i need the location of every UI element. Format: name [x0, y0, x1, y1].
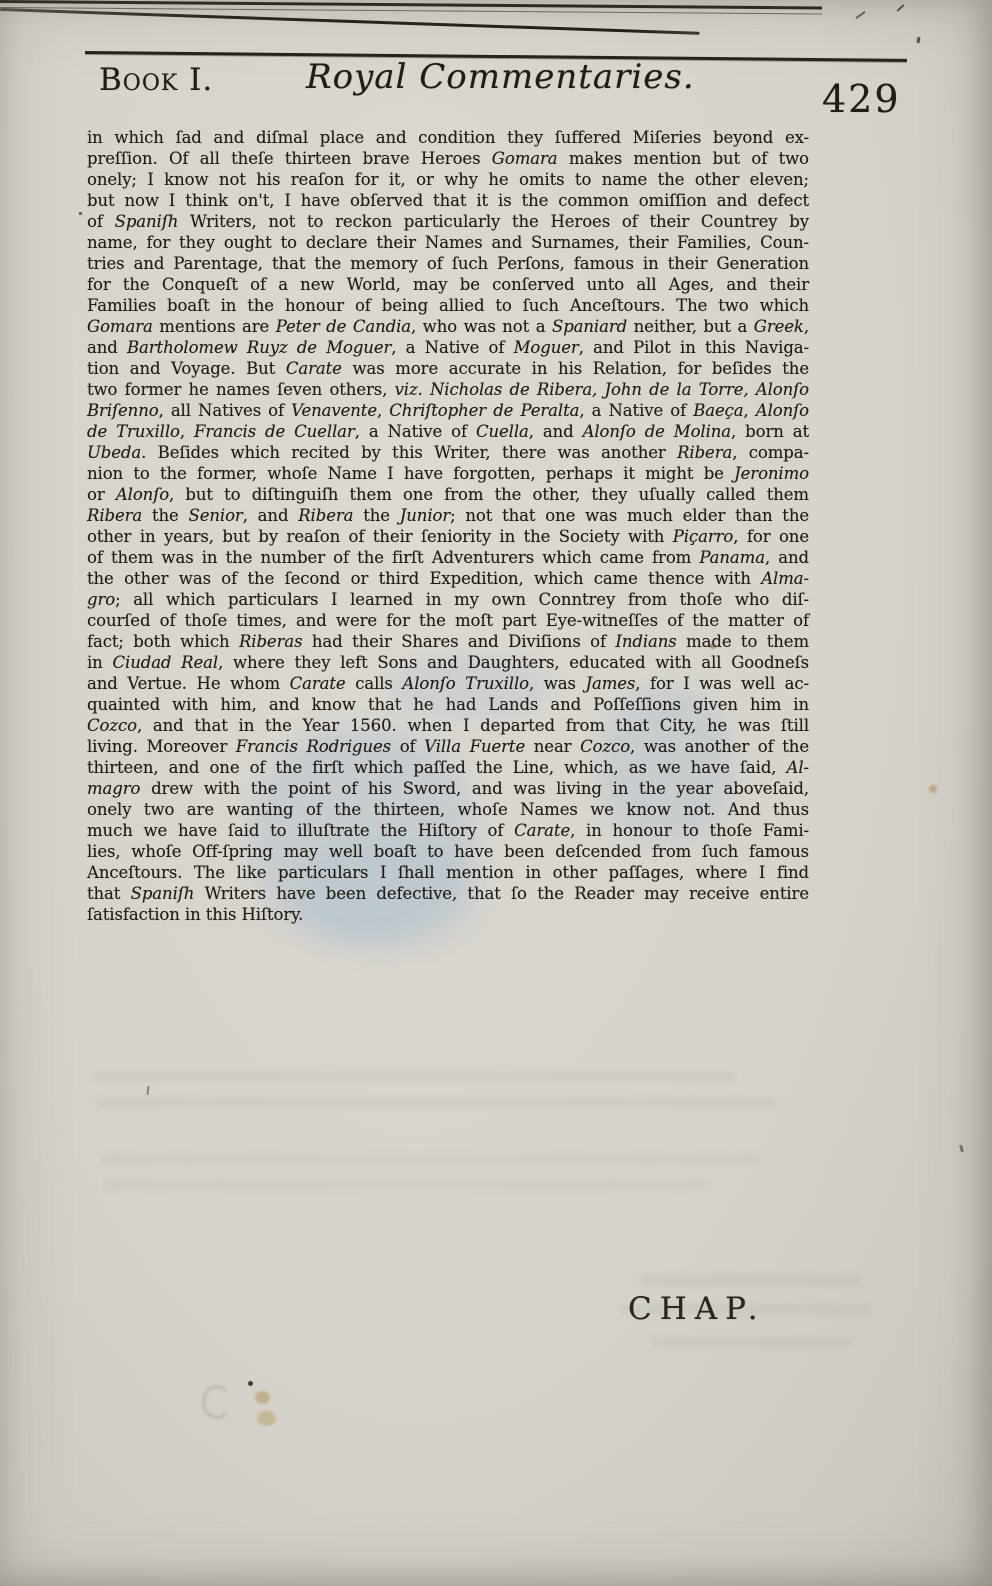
text-line: onely; I know not his reaſon for it, or …: [87, 169, 809, 190]
text-line: but now I think on't, I have obſerved th…: [87, 190, 809, 211]
book-label: Book I.: [99, 62, 213, 98]
ink-speck: [855, 11, 865, 19]
text-line: that Spaniſh Writers have been defective…: [87, 883, 809, 904]
text-line: Families boaſt in the honour of being al…: [87, 295, 809, 316]
text-line: or Alonſo, but to diſtinguiſh them one f…: [87, 484, 809, 505]
text-line: thirteen, and one of the firſt which paſ…: [87, 757, 809, 778]
text-bleedthrough: [640, 1276, 860, 1285]
ink-speck: [959, 1145, 964, 1153]
ghost-letter-bleedthrough: [202, 1385, 232, 1419]
text-line: Gomara mentions are Peter de Candia, who…: [87, 316, 809, 337]
ink-speck: [79, 212, 82, 215]
text-line: the other was of the ſecond or third Exp…: [87, 568, 809, 589]
text-line: ſatisfaction in this Hiſtory.: [87, 904, 809, 925]
text-line: in which ſad and diſmal place and condit…: [87, 127, 809, 148]
scanned-book-page: Book I. Royal Commentaries. 429 in which…: [0, 0, 992, 1586]
foxing-stain: [255, 1391, 270, 1404]
text-line: in Ciudad Real, where they left Sons and…: [87, 652, 809, 673]
text-line: Ubeda. Beſides which recited by this Wri…: [87, 442, 809, 463]
text-line: living. Moreover Francis Rodrigues of Vi…: [87, 736, 809, 757]
foxing-stain: [257, 1411, 276, 1426]
text-line: fact; both which Riberas had their Share…: [87, 631, 809, 652]
text-line: Briſenno, all Natives of Venavente, Chri…: [87, 400, 809, 421]
text-line: and Vertue. He whom Carate calls Alonſo …: [87, 673, 809, 694]
text-line: lies, whoſe Off-ſpring may well boaſt to…: [87, 841, 809, 862]
text-line: Anceſtours. The like particulars I ſhall…: [87, 862, 809, 883]
text-bleedthrough: [95, 1098, 775, 1107]
ink-speck: [146, 1086, 149, 1095]
text-line: other in years, but by reaſon of their ſ…: [87, 526, 809, 547]
text-bleedthrough: [95, 1072, 735, 1081]
catchword: CHAP.: [628, 1291, 766, 1327]
text-line: Cozco, and that in the Year 1560. when I…: [87, 715, 809, 736]
text-line: of them was in the number of the firſt A…: [87, 547, 809, 568]
text-line: tion and Voyage. But Carate was more acc…: [87, 358, 809, 379]
text-bleedthrough: [105, 1180, 705, 1189]
text-bleedthrough: [650, 1338, 850, 1347]
text-line: preſſion. Of all theſe thirteen brave He…: [87, 148, 809, 169]
text-line: name, for they ought to declare their Na…: [87, 232, 809, 253]
text-line: gro; all which particulars I learned in …: [87, 589, 809, 610]
text-line: Ribera the Senior, and Ribera the Junior…: [87, 505, 809, 526]
text-line: courſed of thoſe times, and were for the…: [87, 610, 809, 631]
text-line: for the Conqueſt of a new World, may be …: [87, 274, 809, 295]
text-bleedthrough: [100, 1155, 760, 1164]
running-title: Royal Commentaries.: [306, 57, 695, 97]
text-line: quainted with him, and know that he had …: [87, 694, 809, 715]
foxing-stain: [929, 785, 937, 793]
ink-speck: [248, 1381, 253, 1386]
text-line: and Bartholomew Ruyz de Moguer, a Native…: [87, 337, 809, 358]
page-number: 429: [822, 77, 901, 121]
body-text: in which ſad and diſmal place and condit…: [87, 127, 809, 925]
text-line: magro drew with the point of his Sword, …: [87, 778, 809, 799]
text-line: nion to the former, whoſe Name I have fo…: [87, 463, 809, 484]
text-line: tries and Parentage, that the memory of …: [87, 253, 809, 274]
text-line: of Spaniſh Writers, not to reckon partic…: [87, 211, 809, 232]
text-line: onely two are wanting of the thirteen, w…: [87, 799, 809, 820]
text-line: two former he names ſeven others, viz. N…: [87, 379, 809, 400]
text-line: de Truxillo, Francis de Cuellar, a Nativ…: [87, 421, 809, 442]
text-line: much we have ſaid to illuſtrate the Hiſt…: [87, 820, 809, 841]
ink-speck: [896, 4, 904, 12]
ink-speck: [917, 37, 921, 43]
